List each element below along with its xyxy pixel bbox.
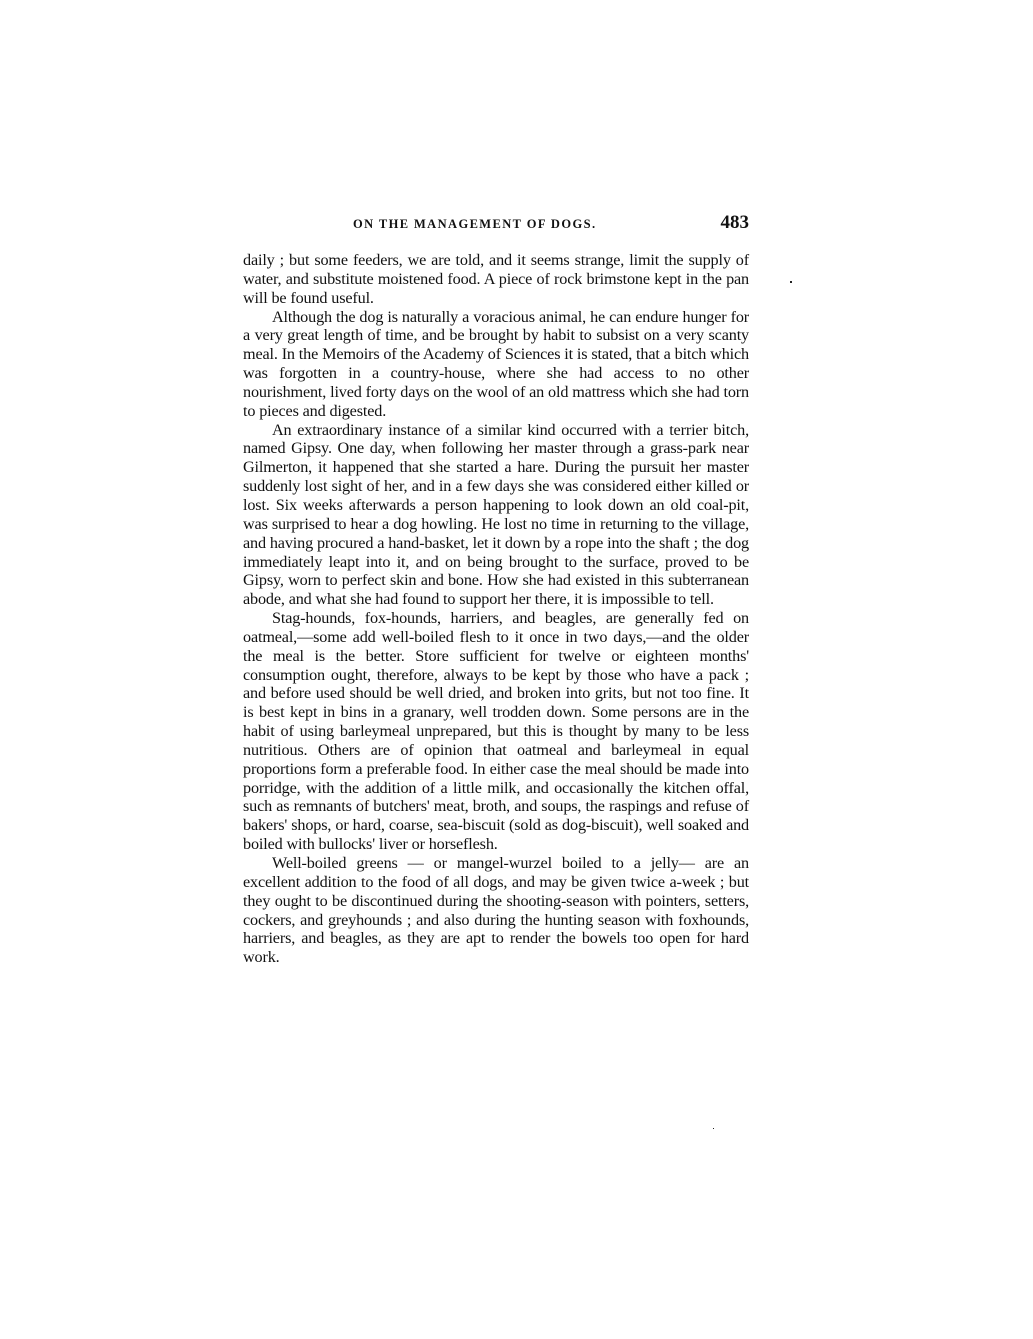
paragraph-4: Stag-hounds, fox-hounds, harriers, and b… xyxy=(243,609,749,854)
book-page: ON THE MANAGEMENT OF DOGS. 483 daily ; b… xyxy=(243,212,749,967)
running-title: ON THE MANAGEMENT OF DOGS. xyxy=(353,217,596,232)
paragraph-1: daily ; but some feeders, we are told, a… xyxy=(243,251,749,308)
page-number: 483 xyxy=(721,212,750,234)
paragraph-2: Although the dog is naturally a voraciou… xyxy=(243,308,749,421)
scan-speck xyxy=(713,1128,714,1129)
paragraph-5: Well-boiled greens — or mangel-wurzel bo… xyxy=(243,854,749,967)
scan-speck xyxy=(790,281,792,283)
body-text: daily ; but some feeders, we are told, a… xyxy=(243,251,749,967)
running-head: ON THE MANAGEMENT OF DOGS. 483 xyxy=(353,212,749,238)
paragraph-3: An extraordinary instance of a similar k… xyxy=(243,421,749,609)
